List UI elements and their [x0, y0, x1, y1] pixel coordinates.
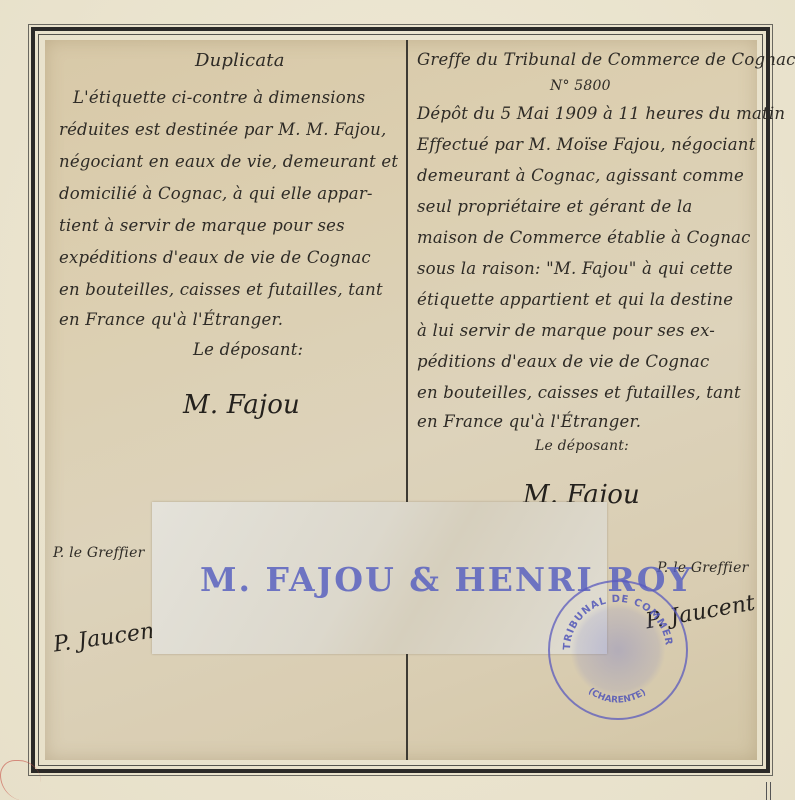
right-line: en bouteilles, caisses et futailles, tan…	[417, 383, 741, 402]
right-line: seul propriétaire et gérant de la	[417, 197, 692, 216]
right-line: étiquette appartient et qui la destine	[417, 290, 733, 309]
right-line: Dépôt du 5 Mai 1909 à 11 heures du matin	[417, 104, 785, 123]
left-depositor-signature: M. Fajou	[183, 390, 300, 420]
right-line: en France qu'à l'Étranger.	[417, 412, 641, 431]
seal-ring-text: TRIBUNAL DE COMMERCE DE COGNAC (CHARENTE…	[548, 580, 688, 720]
left-line: L'étiquette ci-contre à dimensions	[73, 88, 365, 107]
right-line: sous la raison: "M. Fajou" à qui cette	[417, 259, 733, 278]
trademark-label: M. FAJOU & HENRI ROY	[152, 502, 607, 654]
left-line: réduites est destinée par M. M. Fajou,	[59, 120, 386, 139]
right-depositor-label: Le déposant:	[535, 438, 629, 454]
right-heading: Greffe du Tribunal de Commerce de Cognac	[417, 50, 795, 69]
left-line: tient à servir de marque pour ses	[59, 216, 345, 235]
svg-text:(CHARENTE): (CHARENTE)	[586, 686, 648, 705]
margin-mark	[766, 782, 767, 800]
margin-mark	[770, 782, 771, 800]
left-line: en France qu'à l'Étranger.	[59, 310, 283, 329]
left-line: expéditions d'eaux de vie de Cognac	[59, 248, 371, 267]
right-line: maison de Commerce établie à Cognac	[417, 228, 751, 247]
left-line: en bouteilles, caisses et futailles, tan…	[59, 280, 383, 299]
left-clerk-label: P. le Greffier	[53, 545, 144, 561]
left-line: domicilié à Cognac, à qui elle appar-	[59, 184, 373, 203]
court-seal: TRIBUNAL DE COMMERCE DE COGNAC (CHARENTE…	[548, 580, 688, 720]
right-line: péditions d'eaux de vie de Cognac	[417, 352, 709, 371]
left-depositor-label: Le déposant:	[193, 340, 303, 359]
svg-text:TRIBUNAL DE COMMERCE DE COGNAC: TRIBUNAL DE COMMERCE DE COGNAC	[548, 580, 674, 650]
left-heading: Duplicata	[195, 50, 285, 71]
right-line: à lui servir de marque pour ses ex-	[417, 321, 715, 340]
left-clerk-signature: P. Jaucent	[52, 617, 165, 657]
deposit-number: N° 5800	[550, 78, 611, 94]
right-line: Effectué par M. Moïse Fajou, négociant	[417, 135, 755, 154]
left-line: négociant en eaux de vie, demeurant et	[59, 152, 398, 171]
right-line: demeurant à Cognac, agissant comme	[417, 166, 744, 185]
